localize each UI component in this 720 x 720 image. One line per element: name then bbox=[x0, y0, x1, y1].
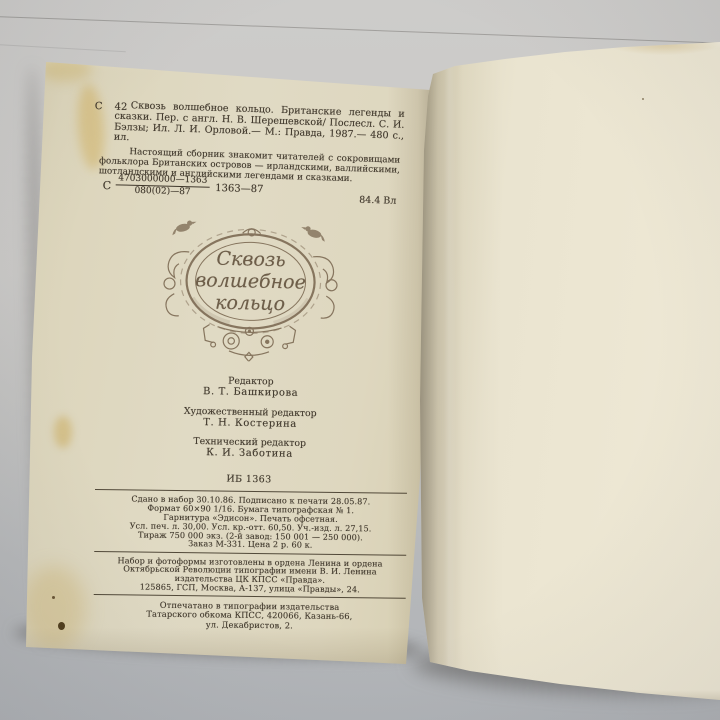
bib-text: Сквозь волшебное кольцо. Британские леге… bbox=[114, 101, 405, 153]
emblem-title-line2: волшебное bbox=[195, 269, 306, 294]
print-specs: Сдано в набор 30.10.86. Подписано к печа… bbox=[94, 490, 407, 554]
typography-info: Набор и фотоформы изготовлены в ордена Л… bbox=[94, 552, 406, 597]
staff-section: Редактор В. Т. Башкирова Художественный … bbox=[93, 374, 407, 488]
emblem-drawing: Сквозь волшебное кольцо bbox=[143, 217, 358, 364]
emblem-title-line1: Сквозь bbox=[216, 248, 286, 272]
imprint-section: Сдано в набор 30.10.86. Подписано к печа… bbox=[93, 489, 407, 636]
right-page-blank bbox=[408, 38, 720, 706]
catalog-prefix: С bbox=[103, 177, 112, 192]
catalog-denominator: 080(02)—87 bbox=[134, 186, 190, 198]
paper-speck bbox=[52, 596, 55, 599]
paper-speck bbox=[58, 622, 65, 630]
typography-line: 125865, ГСП, Москва, А-137, улица «Правд… bbox=[94, 581, 406, 593]
catalog-fraction: 4703000000—1363 080(02)—87 bbox=[116, 173, 210, 198]
paper-speck bbox=[642, 98, 644, 100]
staff-entry: Технический редактор К. И. Заботина bbox=[93, 435, 405, 462]
bbk-code: 84.4 Вл bbox=[359, 195, 396, 207]
bird-left-icon bbox=[170, 219, 198, 235]
paper-stain bbox=[54, 416, 72, 448]
catalog-suffix: 1363—87 bbox=[215, 181, 264, 195]
emblem-title-line3: кольцо bbox=[215, 292, 285, 316]
bird-right-icon bbox=[299, 224, 327, 241]
paper-stain bbox=[22, 566, 86, 650]
publisher-emblem: Сквозь волшебное кольцо bbox=[143, 217, 358, 364]
classification-code: С 42 bbox=[95, 101, 128, 113]
printed-at-info: Отпечатано в типографии издательства Тат… bbox=[93, 595, 405, 636]
staff-entry: Художественный редактор Т. Н. Костерина bbox=[94, 404, 406, 431]
